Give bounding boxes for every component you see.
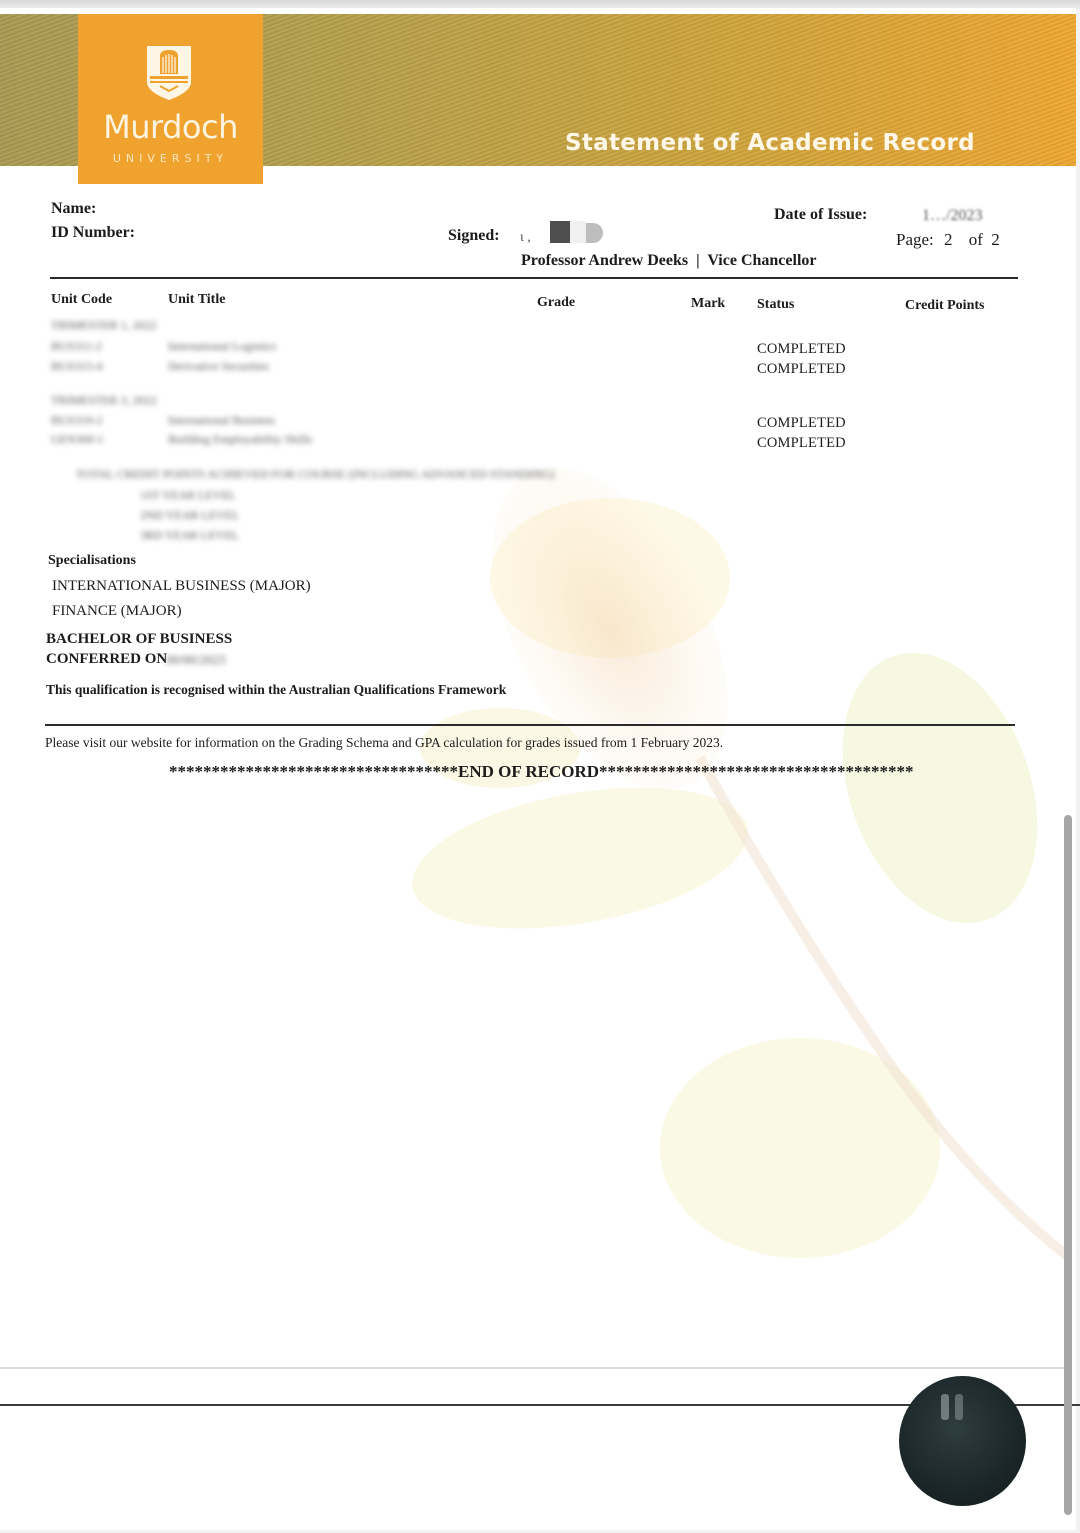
id-number-label: ID Number: xyxy=(51,224,135,242)
year-level: 3RD YEAR LEVEL xyxy=(140,528,239,543)
university-subtitle: UNIVERSITY xyxy=(78,152,263,165)
unit-title: Building Employability Skills xyxy=(168,432,312,447)
date-of-issue-value: 1…/2023 xyxy=(922,207,982,225)
specialisation-item: INTERNATIONAL BUSINESS (MAJOR) xyxy=(52,578,311,595)
unit-status: COMPLETED xyxy=(757,415,846,432)
end-of-record: **********************************END OF… xyxy=(169,762,914,782)
university-logo: Murdoch UNIVERSITY xyxy=(78,14,263,184)
conferred-date: 00/00/2023 xyxy=(166,652,225,668)
unit-code: BUS315-4 xyxy=(51,359,102,374)
col-mark: Mark xyxy=(691,296,725,312)
col-credit-points: Credit Points xyxy=(905,298,984,314)
total-credit-heading: TOTAL CREDIT POINTS ACHIEVED FOR COURSE … xyxy=(76,467,554,482)
col-unit-code: Unit Code xyxy=(51,292,112,308)
vertical-scrollbar[interactable] xyxy=(1064,815,1072,1515)
unit-status: COMPLETED xyxy=(757,361,846,378)
unit-status: COMPLETED xyxy=(757,341,846,358)
university-name: Murdoch xyxy=(78,108,263,146)
term-heading: TRIMESTER 3, 2022 xyxy=(51,393,157,408)
specialisation-item: FINANCE (MAJOR) xyxy=(52,603,182,620)
term-heading: TRIMESTER 1, 2022 xyxy=(51,318,157,333)
page-indicator: Page: 2 of 2 xyxy=(896,230,1000,250)
unit-code: BUS311-2 xyxy=(51,339,102,354)
year-level: 1ST YEAR LEVEL xyxy=(140,488,236,503)
col-grade: Grade xyxy=(537,295,575,311)
footer-divider xyxy=(45,724,1015,726)
unit-code: GEN300-1 xyxy=(51,432,104,447)
specialisations-heading: Specialisations xyxy=(48,553,136,569)
signature-redaction xyxy=(550,221,570,243)
signed-label: Signed: xyxy=(448,227,500,245)
unit-code: BUS319-2 xyxy=(51,413,102,428)
camera-lens-icon xyxy=(899,1376,1026,1506)
page-current: 2 xyxy=(944,230,953,249)
degree-title: BACHELOR OF BUSINESS xyxy=(46,631,232,648)
unit-title: Derivative Securities xyxy=(168,359,269,374)
signature-scribble: ι , xyxy=(520,230,531,246)
unit-title: International Logistics xyxy=(168,339,276,354)
unit-title: International Business xyxy=(168,413,275,428)
header-divider xyxy=(50,277,1018,279)
signatory-name: Professor Andrew Deeks | Vice Chancellor xyxy=(521,252,817,270)
year-level: 2ND YEAR LEVEL xyxy=(140,508,240,523)
signature-redaction xyxy=(570,221,586,243)
col-status: Status xyxy=(757,297,794,313)
aqf-note: This qualification is recognised within … xyxy=(46,682,506,698)
unit-status: COMPLETED xyxy=(757,435,846,452)
academic-record-page: Statement of Academic Record Murdoch UNI… xyxy=(0,8,1076,1530)
conferred-label: CONFERRED ON xyxy=(46,651,167,668)
grading-note: Please visit our website for information… xyxy=(45,735,723,751)
crest-icon xyxy=(145,44,193,102)
name-label: Name: xyxy=(51,200,96,218)
page-label: Page: xyxy=(896,230,934,249)
page-of-label: of xyxy=(969,230,983,249)
signature-redaction xyxy=(586,223,603,243)
date-of-issue-label: Date of Issue: xyxy=(774,206,867,224)
page-total: 2 xyxy=(991,230,1000,249)
col-unit-title: Unit Title xyxy=(168,292,225,308)
